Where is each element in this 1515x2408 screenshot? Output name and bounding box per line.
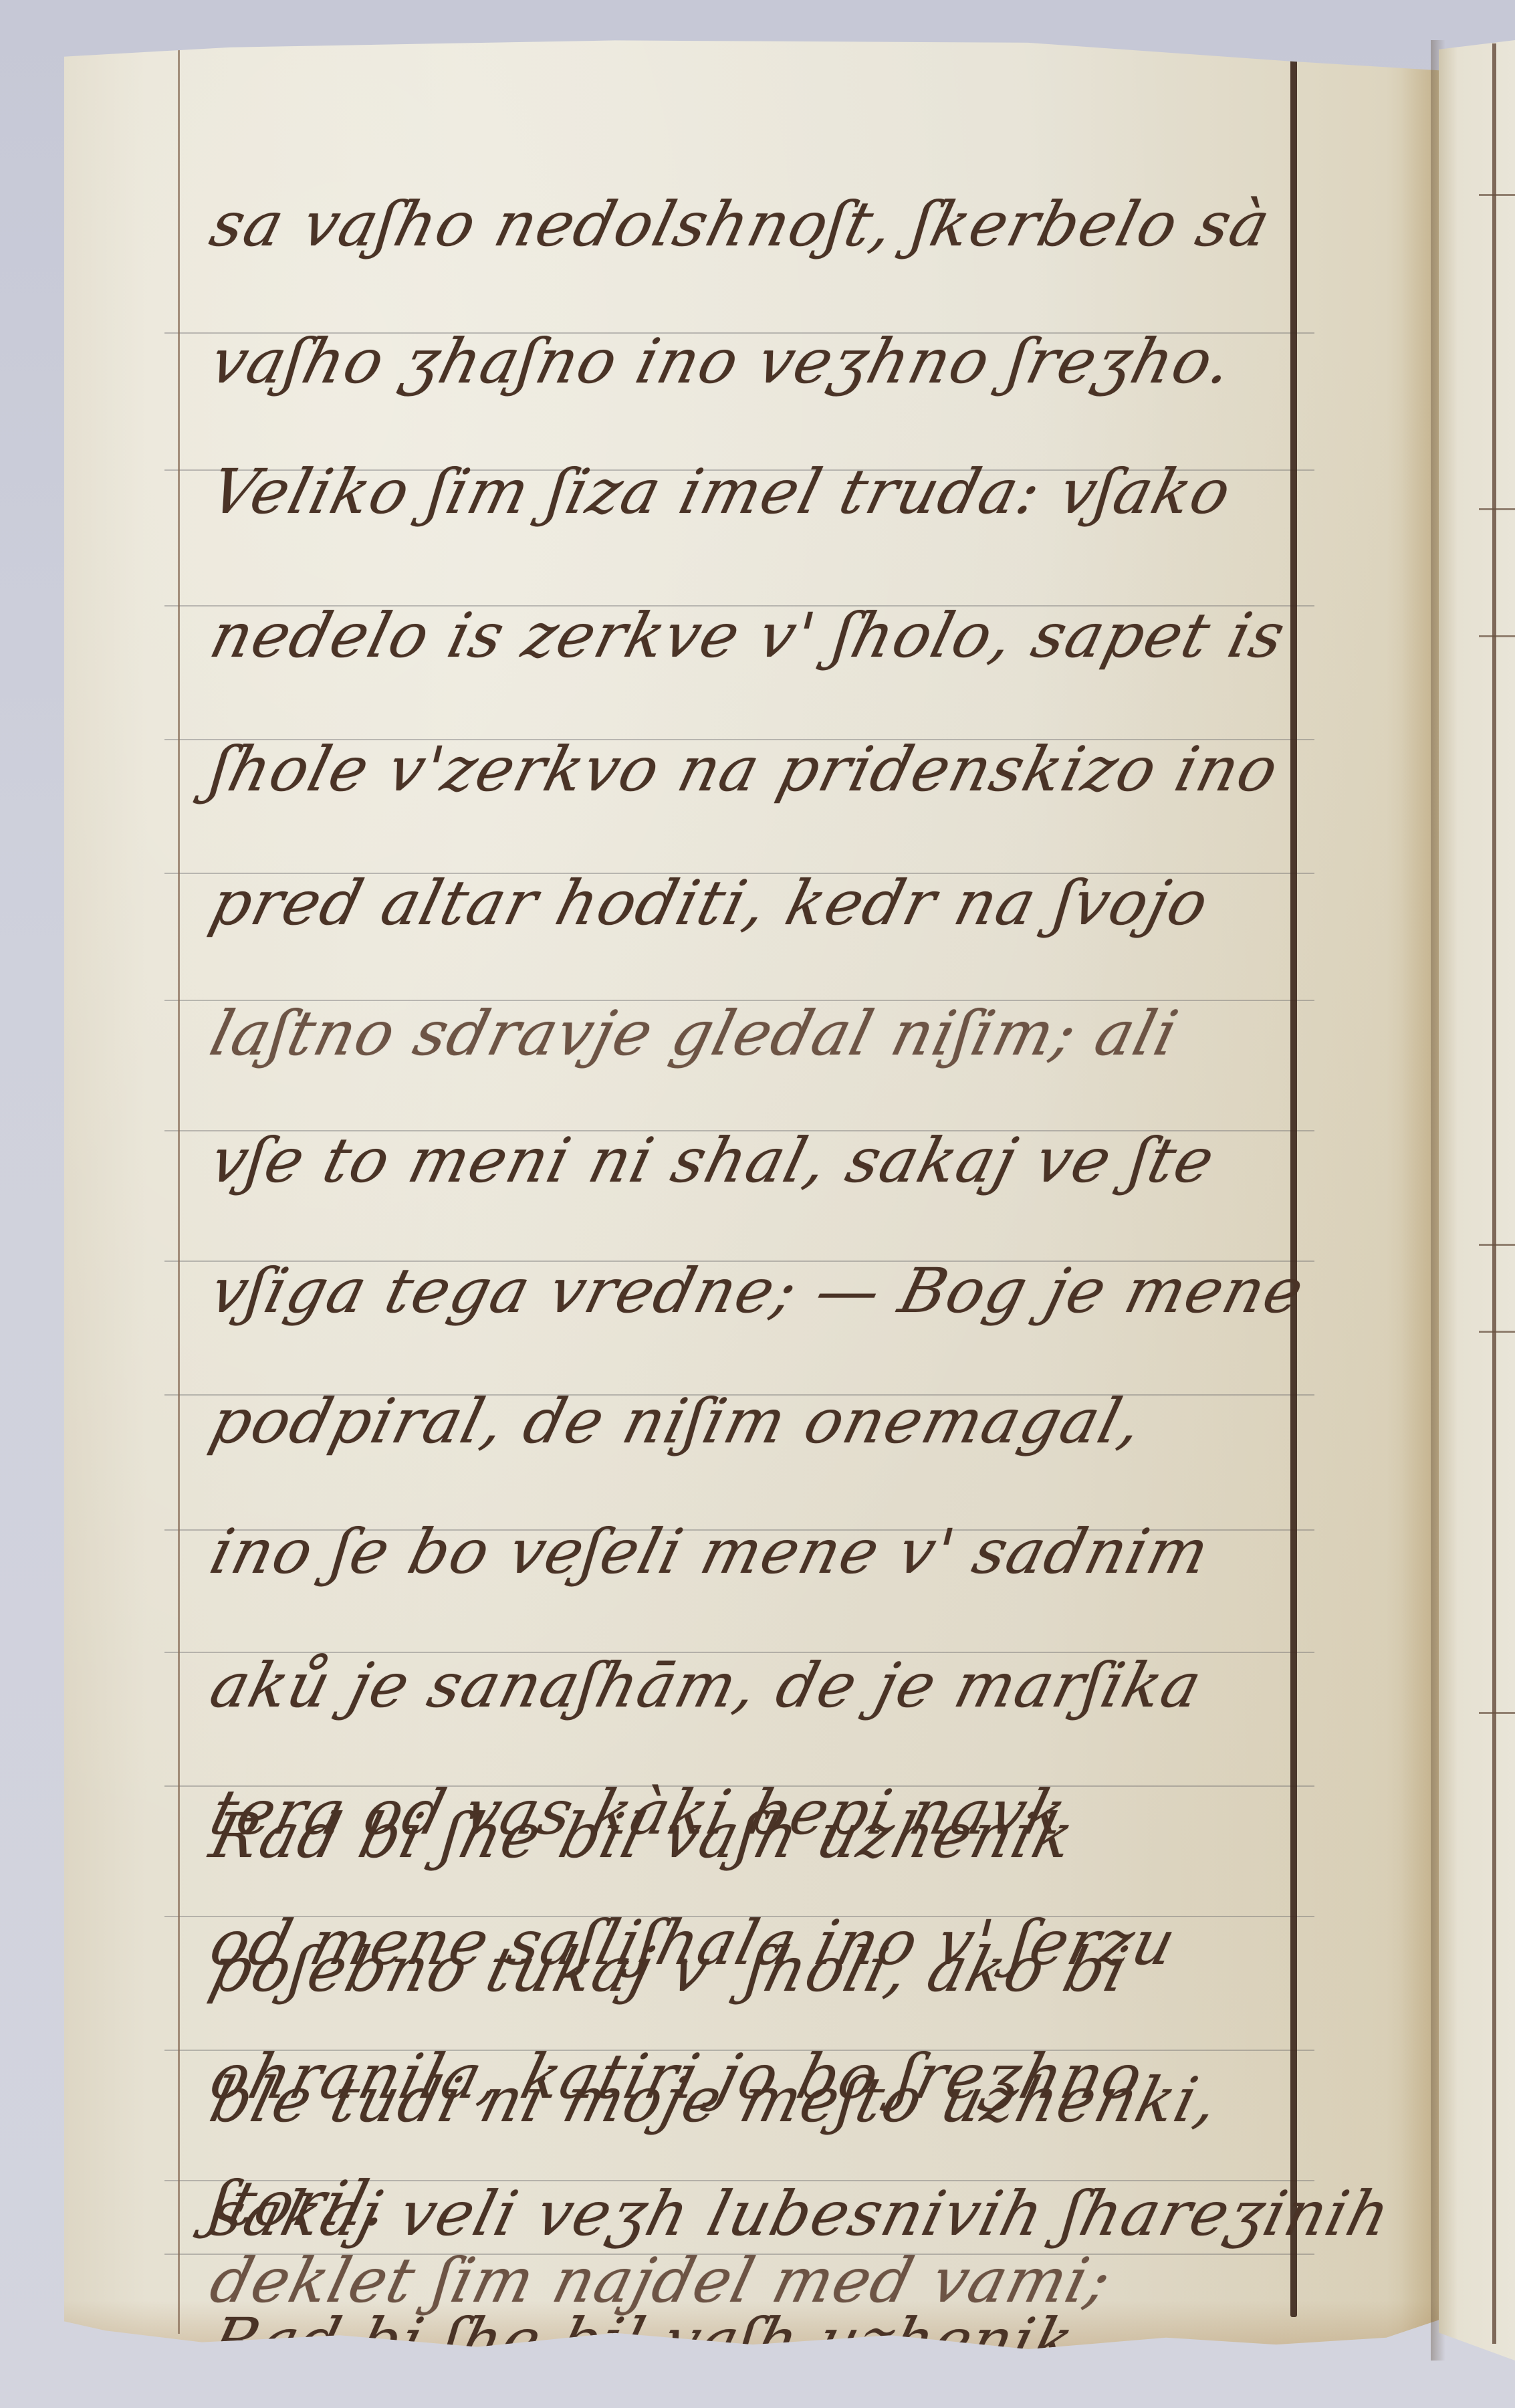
facing-page-ink-stroke: [1479, 1331, 1515, 1333]
facing-page-ink-stroke: [1479, 194, 1515, 196]
manuscript-line: poʃebno tukaj v' ʃholi, ako bi: [205, 1939, 1135, 2001]
manuscript-line: vʃiga tega vredne; — Bog je mene: [205, 1261, 1310, 1322]
manuscript-line: laʃtno sdravje gledal niʃim; ali: [205, 1003, 1185, 1065]
facing-page-ink-stroke: [1479, 1244, 1515, 1246]
manuscript-line: podpiral, de niʃim onemagal,: [205, 1391, 1149, 1452]
manuscript-line: sakaj veli veʒh lubesnivih ʃhareʒinih: [205, 2183, 1397, 2245]
manuscript-line: ble tudi ni moje meʃto uzhenki,: [205, 2070, 1226, 2131]
manuscript-line: deklet ʃim najdel med vami;: [205, 2250, 1118, 2312]
manuscript-line: vʃe to meni ni shal, sakaj ve ʃte: [205, 1130, 1221, 1192]
facing-page-margin-rule: [1492, 43, 1496, 2344]
manuscript-line: ino ʃe bo veʃeli mene v' sadnim: [205, 1521, 1215, 1583]
right-margin-rule: [1290, 50, 1297, 2317]
facing-page-ink-stroke: [1479, 635, 1515, 637]
manuscript-line: sa vaʃho nedolshnoʃt, ʃkerbelo sà: [205, 194, 1276, 255]
facing-page-ink-stroke: [1479, 1712, 1515, 1714]
facing-page: [1439, 40, 1515, 2361]
manuscript-line: ʃhole v'zerkvo na pridenskizo ino: [205, 739, 1285, 800]
manuscript-line: Rad bi ʃhe bil vaʃh uzhenik: [205, 1805, 1080, 1867]
manuscript-line: pred altar hoditi, kedr na ʃvojo: [205, 873, 1215, 934]
manuscript-page: sa vaʃho nedolshnoʃt, ʃkerbelo sà vaʃho …: [64, 33, 1441, 2354]
manuscript-line: Rad bi ʃhe bil vaʃh uzhenik: [205, 2310, 1080, 2372]
manuscript-line: aků je sanaʃhām, de je marʃika: [205, 1655, 1208, 1717]
facing-page-ink-stroke: [1479, 508, 1515, 510]
left-margin-rule: [178, 47, 180, 2334]
manuscript-line: vaʃho ʒhaʃno ino veʒhno ʃreʒho.: [205, 331, 1240, 393]
manuscript-line: Veliko ʃim ʃiza imel truda: vʃako: [205, 461, 1238, 523]
manuscript-line: nedelo is zerkve v' ʃholo, sapet is: [205, 605, 1292, 667]
